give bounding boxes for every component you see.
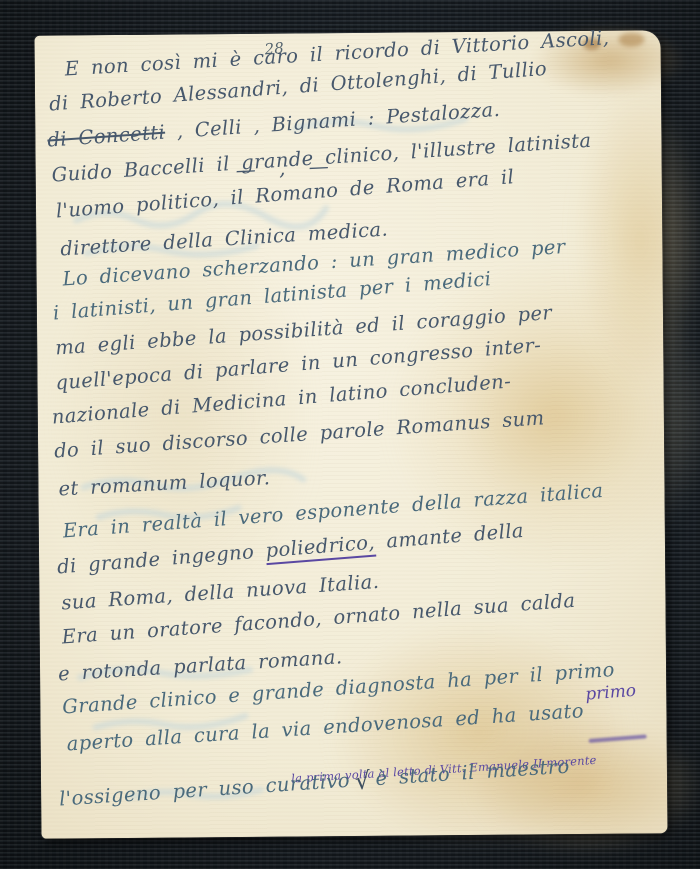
manuscript-line: l'ossigeno per uso curativo√è stato il m…	[58, 751, 570, 812]
line-text: , Celli , Bignami : Pestalozza.	[164, 98, 500, 144]
paper-stain	[468, 718, 700, 855]
struck-text: di Concetti	[47, 121, 166, 152]
line-text: amante della	[374, 519, 525, 554]
purple-correction-scribble	[589, 734, 647, 743]
line-text: è stato il maestro	[375, 755, 571, 790]
paper-stain-spot	[619, 32, 645, 46]
line-text: l'ossigeno per uso curativo	[59, 769, 351, 811]
manuscript-line: et romanum loquor.	[58, 466, 271, 500]
margin-note-purple: primo	[585, 681, 637, 705]
insertion-caret-mark: √	[354, 766, 371, 795]
paper-stain	[573, 90, 700, 391]
underlined-text: poliedrico,	[265, 531, 376, 566]
manuscript-page: 28 E non così mi è caro il ricordo di Vi…	[35, 30, 668, 838]
line-text: di grande ingegno	[56, 539, 266, 578]
